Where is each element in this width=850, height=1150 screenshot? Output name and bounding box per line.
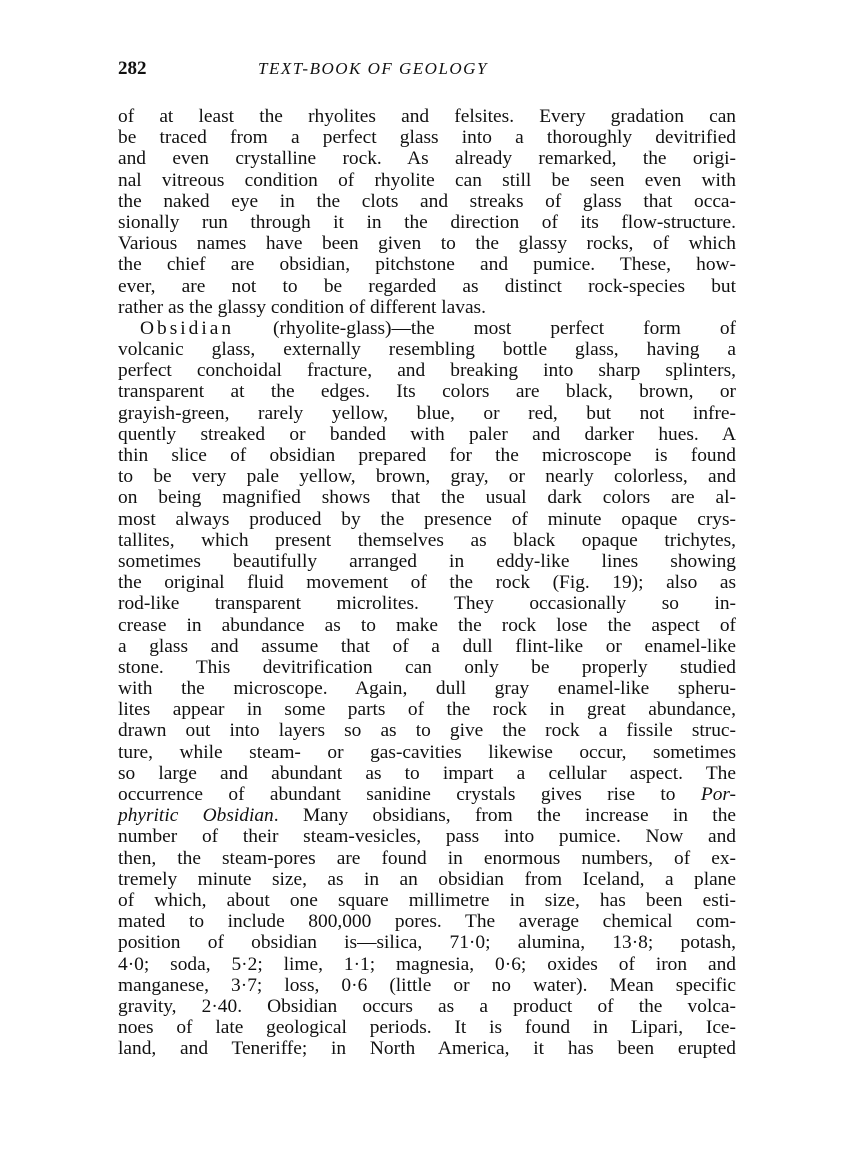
term-obsidian: Obsidian	[140, 318, 234, 339]
text-line: land, and Teneriffe; in North America, i…	[118, 1038, 736, 1059]
text-line: drawn out into layers so as to give the …	[118, 720, 736, 741]
text-line: tremely minute size, as in an obsidian f…	[118, 869, 736, 890]
text-line: sionally run through it in the direction…	[118, 212, 736, 233]
text-line: volcanic glass, externally resembling bo…	[118, 339, 736, 360]
running-title: TEXT-BOOK OF GEOLOGY	[258, 59, 488, 79]
text-line: on being magnified shows that the usual …	[118, 487, 736, 508]
text-line: ture, while steam- or gas-cavities likew…	[118, 742, 736, 763]
text-line: tallites, which present themselves as bl…	[118, 530, 736, 551]
text-fragment: (rhyolite-glass)—the most perfect form o…	[234, 318, 736, 339]
body-text: of at least the rhyolites and felsites. …	[118, 106, 736, 1059]
text-line: with the microscope. Again, dull gray en…	[118, 678, 736, 699]
text-line: so large and abundant as to impart a cel…	[118, 763, 736, 784]
text-line: noes of late geological periods. It is f…	[118, 1017, 736, 1038]
text-line: of which, about one square millimetre in…	[118, 890, 736, 911]
text-line: quently streaked or banded with paler an…	[118, 424, 736, 445]
text-line: the chief are obsidian, pitchstone and p…	[118, 254, 736, 275]
italic-term: Por-	[701, 784, 736, 805]
text-line: rod-like transparent microlites. They oc…	[118, 593, 736, 614]
text-line: to be very pale yellow, brown, gray, or …	[118, 466, 736, 487]
text-line: transparent at the edges. Its colors are…	[118, 381, 736, 402]
text-line: ever, are not to be regarded as distinct…	[118, 276, 736, 297]
text-line: nal vitreous condition of rhyolite can s…	[118, 170, 736, 191]
text-line: be traced from a perfect glass into a th…	[118, 127, 736, 148]
text-line-with-italic: occurrence of abundant sanidine crystals…	[118, 784, 736, 805]
text-line: crease in abundance as to make the rock …	[118, 615, 736, 636]
text-line: thin slice of obsidian prepared for the …	[118, 445, 736, 466]
italic-term: phyritic Obsidian	[118, 805, 274, 826]
book-page: 282 TEXT-BOOK OF GEOLOGY of at least the…	[0, 0, 850, 1150]
text-line: manganese, 3·7; loss, 0·6 (little or no …	[118, 975, 736, 996]
text-line: a glass and assume that of a dull flint-…	[118, 636, 736, 657]
text-line: then, the steam-pores are found in enorm…	[118, 848, 736, 869]
text-line: mated to include 800,000 pores. The aver…	[118, 911, 736, 932]
text-fragment: occurrence of abundant sanidine crystals…	[118, 784, 701, 805]
text-line: perfect conchoidal fracture, and breakin…	[118, 360, 736, 381]
text-line: lites appear in some parts of the rock i…	[118, 699, 736, 720]
text-line: position of obsidian is—silica, 71·0; al…	[118, 932, 736, 953]
text-line: the original fluid movement of the rock …	[118, 572, 736, 593]
text-fragment: . Many obsidians, from the increase in t…	[274, 805, 736, 826]
page-number: 282	[118, 58, 147, 80]
text-line: 4·0; soda, 5·2; lime, 1·1; magnesia, 0·6…	[118, 954, 736, 975]
running-head: 282 TEXT-BOOK OF GEOLOGY	[118, 58, 736, 86]
text-line: of at least the rhyolites and felsites. …	[118, 106, 736, 127]
text-line: sometimes beautifully arranged in eddy-l…	[118, 551, 736, 572]
text-line: gravity, 2·40. Obsidian occurs as a prod…	[118, 996, 736, 1017]
text-line: stone. This devitrification can only be …	[118, 657, 736, 678]
text-line: number of their steam-vesicles, pass int…	[118, 826, 736, 847]
text-line-with-italic: phyritic Obsidian. Many obsidians, from …	[118, 805, 736, 826]
text-line: and even crystalline rock. As already re…	[118, 148, 736, 169]
text-line: the naked eye in the clots and streaks o…	[118, 191, 736, 212]
text-line: grayish-green, rarely yellow, blue, or r…	[118, 403, 736, 424]
paragraph-first-line: Obsidian (rhyolite-glass)—the most perfe…	[118, 318, 736, 339]
text-line: Various names have been given to the gla…	[118, 233, 736, 254]
text-line: rather as the glassy condition of differ…	[118, 297, 736, 318]
text-line: most always produced by the presence of …	[118, 509, 736, 530]
